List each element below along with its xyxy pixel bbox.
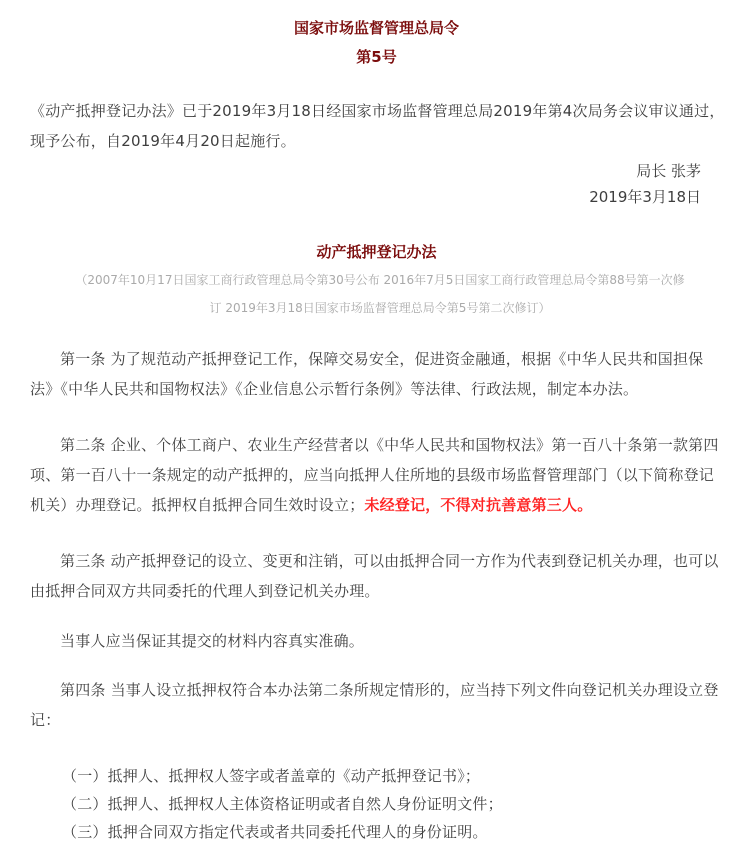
decree-date: 2019年3月18日 — [589, 182, 701, 212]
article-1: 第一条 为了规范动产抵押登记工作，保障交易安全，促进资金融通，根据《中华人民共和… — [30, 344, 725, 404]
article-3-note: 当事人应当保证其提交的材料内容真实准确。 — [30, 626, 725, 656]
decree-preamble: 《动产抵押登记办法》已于2019年3月18日经国家市场监督管理总局2019年第4… — [30, 96, 725, 156]
law-history-line-2: 订 2019年3月18日国家市场监督管理总局令第5号第二次修订） — [60, 294, 700, 322]
decree-issuer: 国家市场监督管理总局令 — [0, 17, 753, 38]
law-title: 动产抵押登记办法 — [0, 241, 753, 262]
list-item-3: （三）抵押合同双方指定代表或者共同委托代理人的身份证明。 — [62, 818, 488, 846]
article-3: 第三条 动产抵押登记的设立、变更和注销，可以由抵押合同一方作为代表到登记机关办理… — [30, 546, 725, 606]
list-item-1: （一）抵押人、抵押权人签字或者盖章的《动产抵押登记书》； — [62, 762, 480, 790]
article-2: 第二条 企业、个体工商户、农业生产经营者以《中华人民共和国物权法》第一百八十条第… — [30, 430, 725, 520]
decree-number: 第5号 — [0, 46, 753, 67]
law-history-line-1: （2007年10月17日国家工商行政管理总局令第30号公布 2016年7月5日国… — [60, 266, 700, 294]
article-2-emphasis: 未经登记，不得对抗善意第三人。 — [364, 496, 592, 514]
document-page: 国家市场监督管理总局令 第5号 《动产抵押登记办法》已于2019年3月18日经国… — [0, 0, 753, 851]
article-4: 第四条 当事人设立抵押权符合本办法第二条所规定情形的，应当持下列文件向登记机关办… — [30, 675, 725, 735]
list-item-2: （二）抵押人、抵押权人主体资格证明或者自然人身份证明文件； — [62, 790, 503, 818]
